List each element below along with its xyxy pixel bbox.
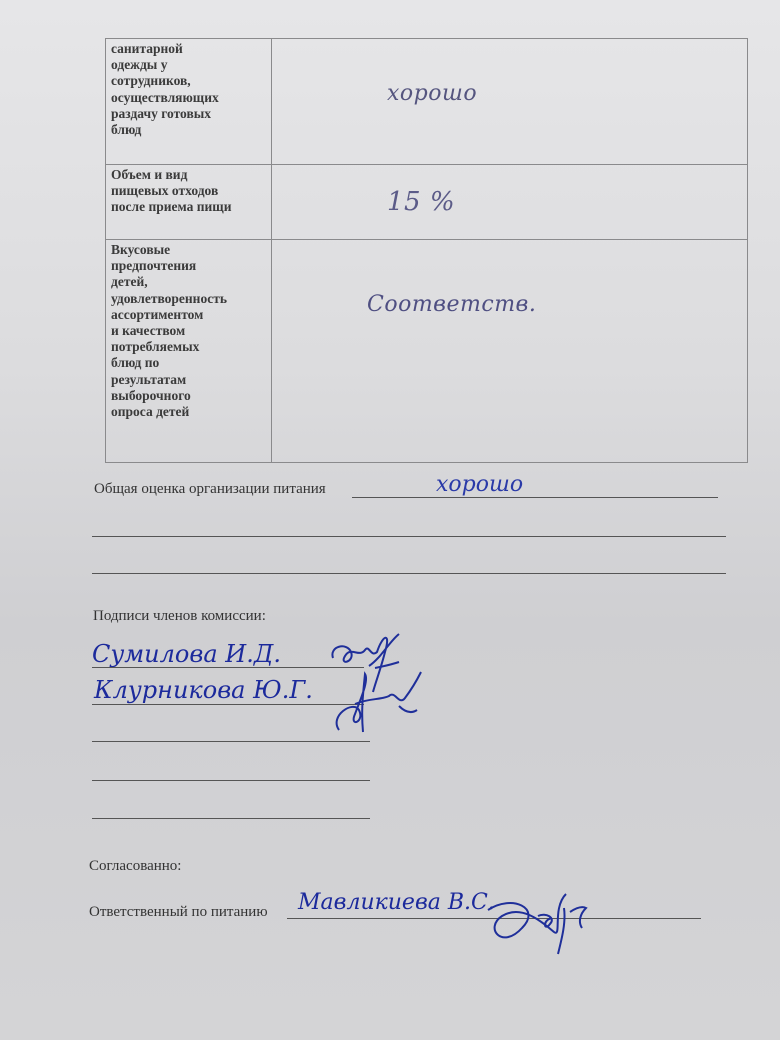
evaluation-table: санитарной одежды у сотрудников, осущест…: [105, 38, 748, 463]
overall-handwritten-value: хорошо: [436, 472, 523, 497]
overall-rule: [352, 497, 718, 498]
criterion-text: выборочного: [111, 388, 267, 404]
table-row: санитарной одежды у сотрудников, осущест…: [106, 39, 748, 165]
criterion-text: пищевых отходов: [111, 183, 267, 199]
value-cell: хорошо: [272, 39, 748, 165]
criterion-text: детей,: [111, 274, 267, 290]
signature-rule: [92, 704, 364, 705]
criterion-cell: Вкусовые предпочтения детей, удовлетворе…: [106, 240, 272, 463]
criterion-text: ассортиментом: [111, 307, 267, 323]
blank-rule: [92, 536, 726, 537]
criterion-text: потребляемых: [111, 339, 267, 355]
criterion-text: и качеством: [111, 323, 267, 339]
criterion-cell: санитарной одежды у сотрудников, осущест…: [106, 39, 272, 165]
responsible-signature-name: Мавликиева В.С.: [298, 890, 495, 915]
document-page: санитарной одежды у сотрудников, осущест…: [0, 0, 780, 1040]
table-row: Объем и вид пищевых отходов после приема…: [106, 165, 748, 240]
signature-scribble-icon: [482, 888, 592, 960]
criterion-text: Объем и вид: [111, 167, 267, 183]
criterion-text: предпочтения: [111, 258, 267, 274]
signature-rule: [92, 780, 370, 781]
criterion-text: блюд: [111, 122, 267, 138]
value-cell: 15 %: [272, 165, 748, 240]
responsible-label: Ответственный по питанию: [89, 904, 268, 921]
criterion-text: санитарной: [111, 41, 267, 57]
member-signature-name: Клурникова Ю.Г.: [94, 676, 313, 704]
signature-rule: [92, 818, 370, 819]
criterion-text: раздачу готовых: [111, 106, 267, 122]
criterion-text: Вкусовые: [111, 242, 267, 258]
criterion-text: удовлетворенность: [111, 291, 267, 307]
criterion-text: сотрудников,: [111, 73, 267, 89]
value-cell: Соответств.: [272, 240, 748, 463]
criterion-text: опроса детей: [111, 404, 267, 420]
criterion-text: одежды у: [111, 57, 267, 73]
handwritten-value: 15 %: [387, 187, 455, 217]
table-row: Вкусовые предпочтения детей, удовлетворе…: [106, 240, 748, 463]
criterion-text: блюд по: [111, 355, 267, 371]
criterion-cell: Объем и вид пищевых отходов после приема…: [106, 165, 272, 240]
approval-label: Согласованно:: [89, 858, 181, 875]
signature-scribble-icon: [325, 670, 425, 740]
criterion-text: осуществляющих: [111, 90, 267, 106]
signature-rule: [92, 741, 370, 742]
member-signature-name: Сумилова И.Д.: [92, 640, 281, 668]
overall-label: Общая оценка организации питания: [94, 481, 326, 498]
handwritten-value: хорошо: [387, 81, 477, 106]
handwritten-value: Соответств.: [367, 292, 536, 317]
criterion-text: результатам: [111, 372, 267, 388]
blank-rule: [92, 573, 726, 574]
criterion-text: после приема пищи: [111, 199, 267, 215]
signature-rule: [92, 667, 364, 668]
commission-label: Подписи членов комиссии:: [93, 608, 266, 625]
